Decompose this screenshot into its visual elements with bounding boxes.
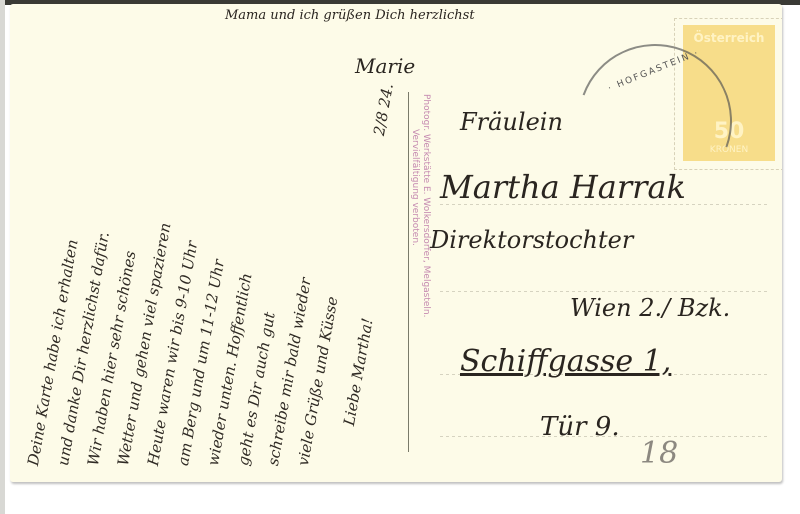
signature: Marie [355, 54, 415, 78]
copyright-notice: Vervielfältigung verboten. [410, 129, 420, 246]
address-salutation: Fräulein [460, 108, 563, 136]
stamp-country: Österreich [683, 31, 775, 45]
pencil-note: 18 [640, 436, 678, 471]
message-date: 2/8 24. [370, 82, 397, 137]
publisher-imprint: Photogr. Werkstätte E. Wolkersdorfer, Me… [418, 94, 432, 434]
address-street: Schiffgasse 1, [460, 344, 671, 379]
address-door: Tür 9. [540, 412, 620, 442]
address-line2: Direktorstochter [430, 226, 633, 254]
message-opening: Liebe Martha! [340, 317, 377, 427]
scan-left-edge [0, 0, 5, 514]
publisher-name: Photogr. Werkstätte E. Wolkersdorfer, Me… [421, 94, 431, 318]
top-note: Mama und ich grüßen Dich herzlichst [225, 8, 475, 23]
address-rule [440, 291, 770, 292]
center-divider [408, 92, 409, 452]
address-city: Wien 2./ Bzk. [570, 294, 730, 322]
postcard-back: Deine Karte habe ich erhalten und danke … [10, 4, 782, 482]
